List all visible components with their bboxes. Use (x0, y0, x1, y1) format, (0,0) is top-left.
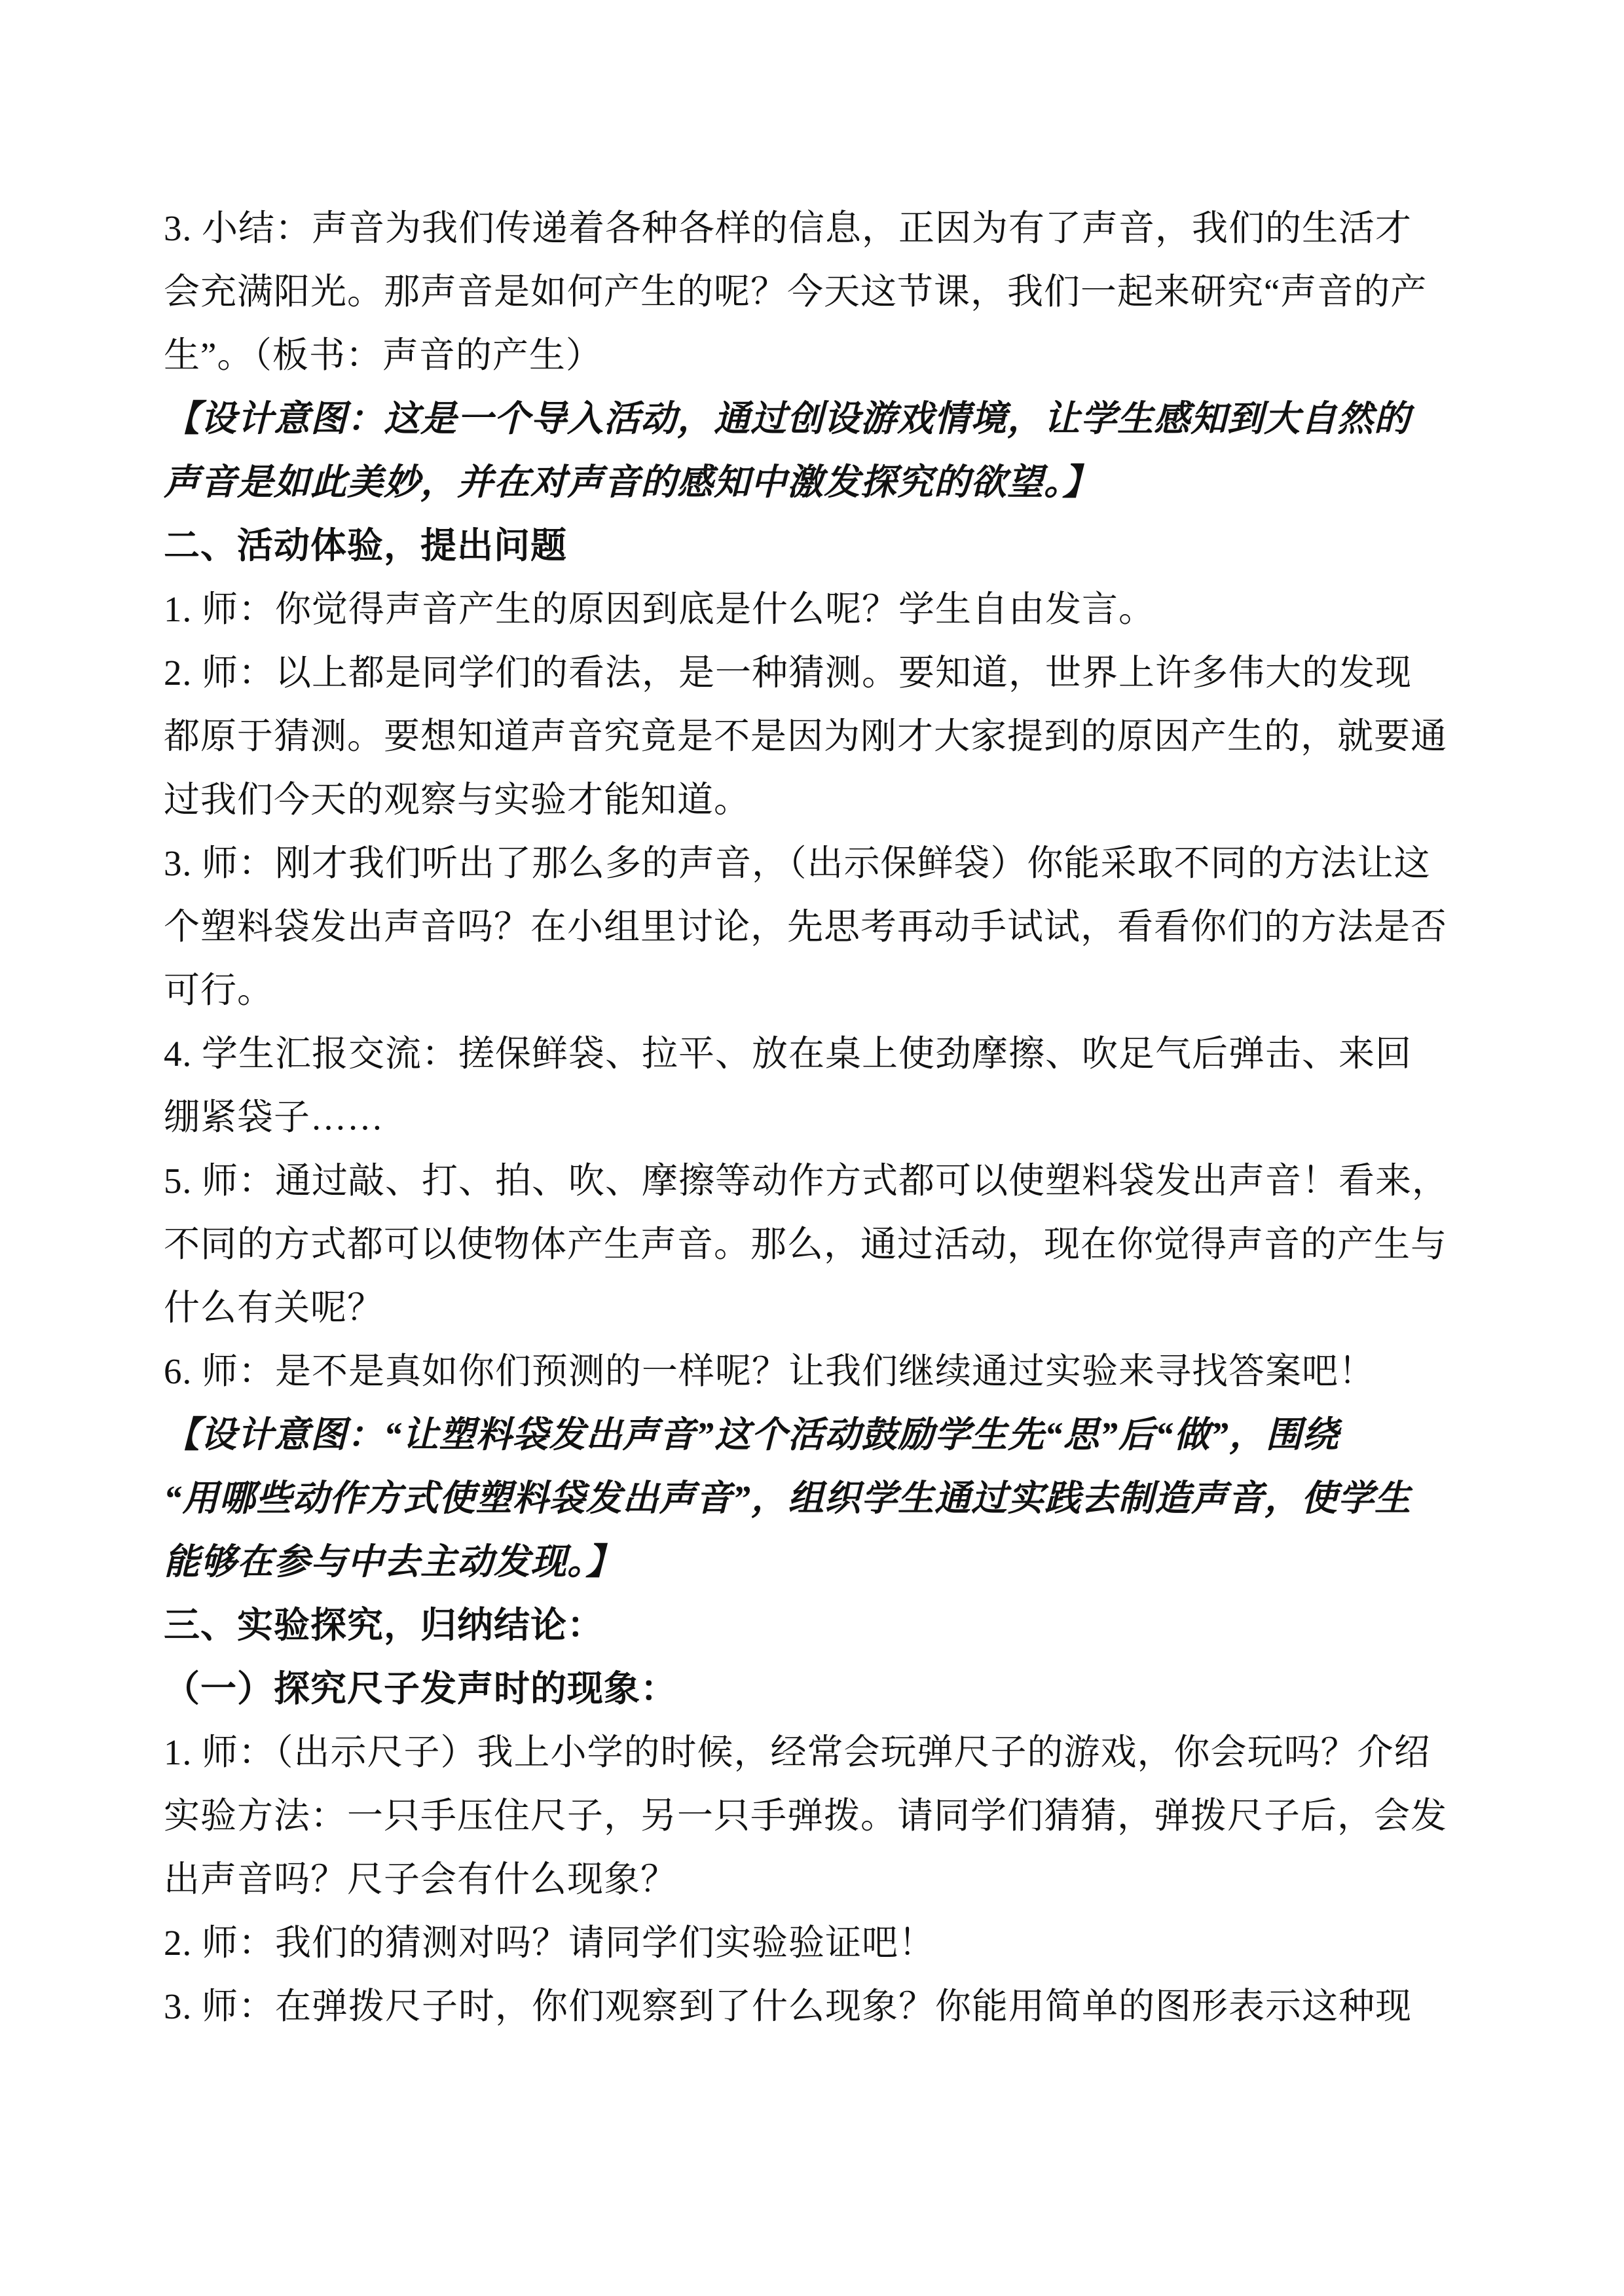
text-line: 3. 师：刚才我们听出了那么多的声音，（出示保鲜袋）你能采取不同的方法让这 (164, 831, 1467, 895)
text-line: 声音是如此美妙，并在对声音的感知中激发探究的欲望。】 (164, 450, 1467, 514)
text-line: 3. 师：在弹拨尺子时，你们观察到了什么现象？你能用简单的图形表示这种现 (164, 1975, 1467, 2038)
text-line: 2. 师：以上都是同学们的看法，是一种猜测。要知道，世界上许多伟大的发现 (164, 641, 1467, 704)
text-line: 1. 师：你觉得声音产生的原因到底是什么呢？学生自由发言。 (164, 577, 1467, 641)
text-line: 实验方法：一只手压住尺子，另一只手弹拨。请同学们猜猜，弹拨尺子后，会发 (164, 1784, 1467, 1848)
text-line: 什么有关呢？ (164, 1276, 1467, 1339)
text-line: 【设计意图：这是一个导入活动，通过创设游戏情境，让学生感知到大自然的 (164, 387, 1467, 450)
text-line: 会充满阳光。那声音是如何产生的呢？今天这节课，我们一起来研究“声音的产 (164, 260, 1467, 323)
text-line: 出声音吗？尺子会有什么现象？ (164, 1848, 1467, 1911)
text-line: “用哪些动作方式使塑料袋发出声音”，组织学生通过实践去制造声音，使学生 (164, 1467, 1467, 1530)
text-line: 绷紧袋子…… (164, 1085, 1467, 1149)
text-line: 不同的方式都可以使物体产生声音。那么，通过活动，现在你觉得声音的产生与 (164, 1212, 1467, 1276)
text-line: 都原于猜测。要想知道声音究竟是不是因为刚才大家提到的原因产生的，就要通 (164, 704, 1467, 768)
text-line: 能够在参与中去主动发现。】 (164, 1530, 1467, 1594)
text-line: 4. 学生汇报交流：搓保鲜袋、拉平、放在桌上使劲摩擦、吹足气后弹击、来回 (164, 1022, 1467, 1085)
text-line: 个塑料袋发出声音吗？在小组里讨论，先思考再动手试试，看看你们的方法是否 (164, 895, 1467, 958)
text-line: 可行。 (164, 958, 1467, 1022)
text-line: 过我们今天的观察与实验才能知道。 (164, 768, 1467, 831)
text-line: （一）探究尺子发声时的现象： (164, 1657, 1467, 1721)
text-line: 2. 师：我们的猜测对吗？请同学们实验验证吧！ (164, 1911, 1467, 1975)
text-line: 二、活动体验，提出问题 (164, 514, 1467, 577)
text-line: 5. 师：通过敲、打、拍、吹、摩擦等动作方式都可以使塑料袋发出声音！看来， (164, 1149, 1467, 1212)
text-line: 6. 师：是不是真如你们预测的一样呢？让我们继续通过实验来寻找答案吧！ (164, 1339, 1467, 1403)
document-page: 3. 小结：声音为我们传递着各种各样的信息，正因为有了声音，我们的生活才会充满阳… (0, 0, 1624, 2296)
text-line: 生”。（板书：声音的产生） (164, 323, 1467, 387)
text-line: 1. 师：（出示尺子）我上小学的时候，经常会玩弹尺子的游戏，你会玩吗？介绍 (164, 1721, 1467, 1784)
text-line: 【设计意图：“让塑料袋发出声音”这个活动鼓励学生先“思”后“做”，围绕 (164, 1403, 1467, 1467)
text-line: 三、实验探究，归纳结论： (164, 1594, 1467, 1657)
text-line: 3. 小结：声音为我们传递着各种各样的信息，正因为有了声音，我们的生活才 (164, 196, 1467, 260)
text-content: 3. 小结：声音为我们传递着各种各样的信息，正因为有了声音，我们的生活才会充满阳… (164, 196, 1467, 2038)
